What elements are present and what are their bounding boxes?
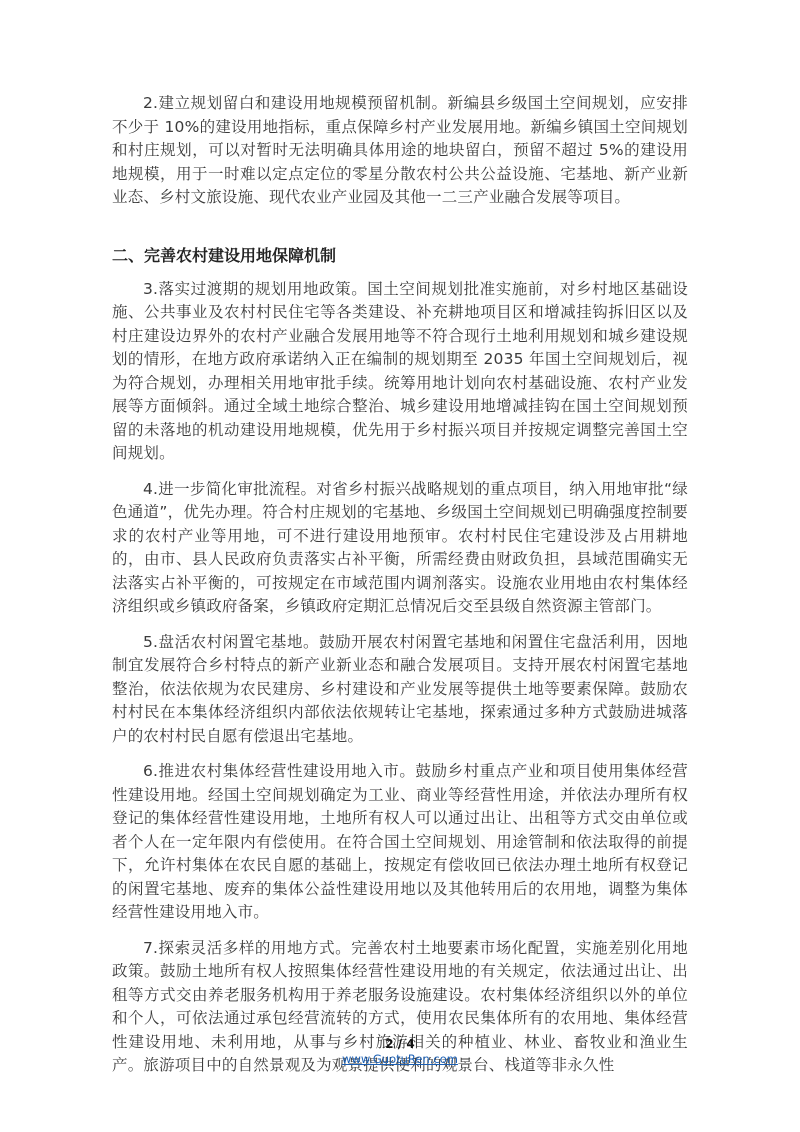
paragraph-4: 4.进一步简化审批流程。对省乡村振兴战略规划的重点项目，纳入用地审批“绿色通道”… [112, 478, 688, 619]
paragraph-3: 3.落实过渡期的规划用地政策。国土空间规划批准实施前，对乡村地区基础设施、公共事… [112, 278, 688, 466]
document-page: 2.建立规划留白和建设用地规模预留机制。新编县乡级国土空间规划，应安排不少于 1… [112, 92, 688, 1090]
paragraph-6: 6.推进农村集体经营性建设用地入市。鼓励乡村重点产业和项目使用集体经营性建设用地… [112, 760, 688, 925]
site-link[interactable]: www.GuotuRen.com [0, 1052, 800, 1066]
section-heading: 二、完善农村建设用地保障机制 [112, 244, 688, 268]
page-number: 2 / 4 [0, 1037, 800, 1051]
paragraph-2: 2.建立规划留白和建设用地规模预留机制。新编县乡级国土空间规划，应安排不少于 1… [112, 92, 688, 210]
paragraph-5: 5.盘活农村闲置宅基地。鼓励开展农村闲置宅基地和闲置住宅盘活利用，因地制宜发展符… [112, 631, 688, 749]
